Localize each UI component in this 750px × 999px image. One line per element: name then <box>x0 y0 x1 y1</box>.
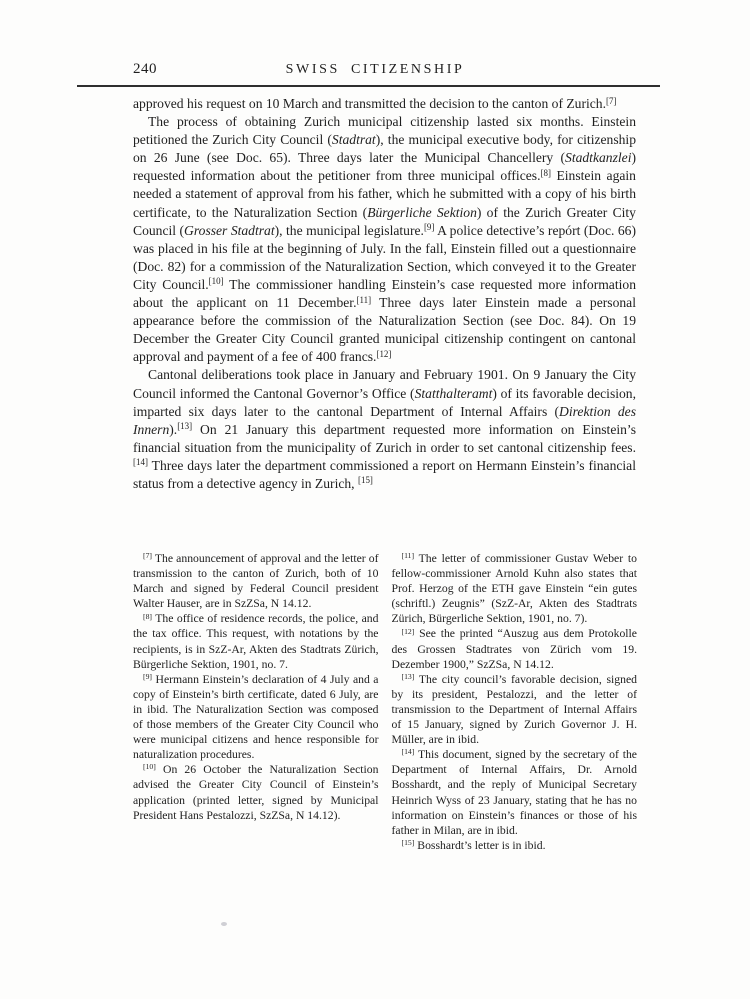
body-text: approved his request on 10 March and tra… <box>133 95 636 493</box>
footnote-reference: [7] <box>606 96 616 106</box>
footnote-reference: [11] <box>356 295 371 305</box>
footnote-number: [13] <box>402 672 415 681</box>
footnote-number: [14] <box>402 747 415 756</box>
footnote-reference: [9] <box>424 222 434 232</box>
italic-term: Stadtrat <box>332 132 376 147</box>
footnote-column-left: [7] The announcement of approval and the… <box>133 551 379 853</box>
italic-term: Direktion des Innern <box>133 404 636 437</box>
footnote-10: [10] On 26 October the Naturalization Se… <box>133 762 379 822</box>
running-head: SWISS CITIZENSHIP <box>0 62 750 78</box>
footnote-number: [7] <box>143 551 152 560</box>
footnote-reference: [8] <box>540 168 550 178</box>
footnote-12: [12] See the printed “Auszug aus dem Pro… <box>392 626 638 671</box>
italic-term: Bürgerliche Sektion <box>367 205 477 220</box>
book-page: 240 SWISS CITIZENSHIP approved his reque… <box>0 0 750 999</box>
footnote-8: [8] The office of residence records, the… <box>133 611 379 671</box>
footnote-number: [15] <box>402 838 415 847</box>
body-paragraph: Cantonal deliberations took place in Jan… <box>133 366 636 493</box>
footnote-13: [13] The city council’s favorable decisi… <box>392 672 638 747</box>
footnote-reference: [12] <box>376 349 391 359</box>
footnote-reference: [10] <box>209 276 224 286</box>
body-paragraph: The process of obtaining Zurich municipa… <box>133 113 636 366</box>
footnotes-section: [7] The announcement of approval and the… <box>133 551 637 853</box>
footnote-column-right: [11] The letter of commissioner Gustav W… <box>392 551 638 853</box>
scan-speck <box>221 922 227 926</box>
italic-term: Grosser Stadtrat <box>184 223 275 238</box>
footnote-number: [11] <box>402 551 415 560</box>
footnote-number: [9] <box>143 672 152 681</box>
footnote-15: [15] Bosshardt’s letter is in ibid. <box>392 838 638 853</box>
footnote-7: [7] The announcement of approval and the… <box>133 551 379 611</box>
footnote-reference: [14] <box>133 457 148 467</box>
footnote-number: [10] <box>143 762 156 771</box>
footnote-reference: [13] <box>177 421 192 431</box>
footnote-14: [14] This document, signed by the secret… <box>392 747 638 838</box>
footnote-9: [9] Hermann Einstein’s declaration of 4 … <box>133 672 379 763</box>
footnote-11: [11] The letter of commissioner Gustav W… <box>392 551 638 626</box>
body-paragraph: approved his request on 10 March and tra… <box>133 95 636 113</box>
italic-term: Statthalteramt <box>415 386 493 401</box>
footnote-number: [12] <box>402 627 415 636</box>
footnote-reference: [15] <box>358 475 373 485</box>
italic-term: Stadtkanzlei <box>565 150 631 165</box>
footnote-number: [8] <box>143 612 152 621</box>
header-rule <box>77 85 660 87</box>
